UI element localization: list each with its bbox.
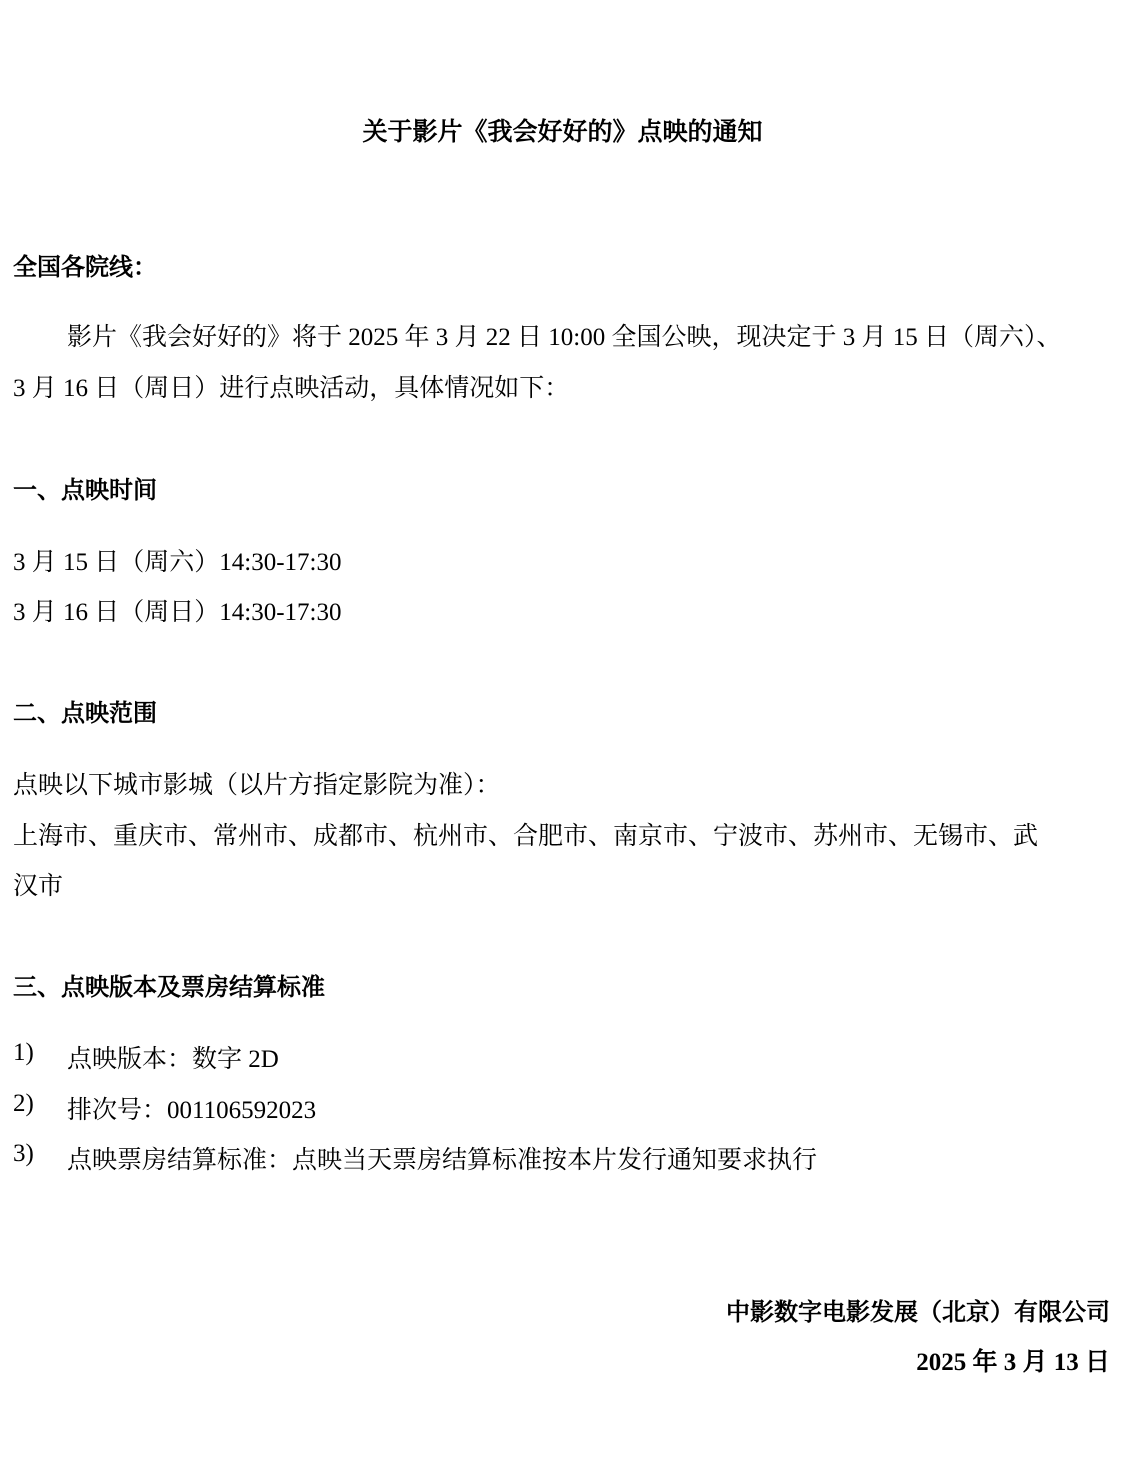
city-list-line-2: 汉市 <box>13 866 63 902</box>
list-item-settlement: 点映票房结算标准：点映当天票房结算标准按本片发行通知要求执行 <box>67 1140 817 1176</box>
list-number: 1) <box>13 1039 34 1067</box>
salutation: 全国各院线： <box>13 247 157 282</box>
intro-line-1: 影片《我会好好的》将于 2025 年 3 月 22 日 10:00 全国公映，现… <box>67 317 1061 353</box>
document-title: 关于影片《我会好好的》点映的通知 <box>0 112 1125 148</box>
section-heading-time: 一、点映时间 <box>13 470 157 505</box>
schedule-line: 3 月 16 日（周日）14:30-17:30 <box>13 592 341 628</box>
list-item-version: 点映版本：数字 2D <box>67 1039 279 1075</box>
signature-org: 中影数字电影发展（北京）有限公司 <box>726 1292 1110 1327</box>
signature-date: 2025 年 3 月 13 日 <box>916 1342 1110 1378</box>
list-number: 2) <box>13 1090 34 1118</box>
intro-line-2: 3 月 16 日（周日）进行点映活动，具体情况如下： <box>13 368 569 404</box>
section-heading-scope: 二、点映范围 <box>13 693 157 728</box>
list-number: 3) <box>13 1140 34 1168</box>
section-heading-version: 三、点映版本及票房结算标准 <box>13 967 325 1002</box>
list-item-schedule-number: 排次号：001106592023 <box>67 1090 316 1126</box>
scope-intro: 点映以下城市影城（以片方指定影院为准）： <box>13 765 501 801</box>
schedule-line: 3 月 15 日（周六）14:30-17:30 <box>13 542 341 578</box>
city-list-line-1: 上海市、重庆市、常州市、成都市、杭州市、合肥市、南京市、宁波市、苏州市、无锡市、… <box>13 816 1038 852</box>
